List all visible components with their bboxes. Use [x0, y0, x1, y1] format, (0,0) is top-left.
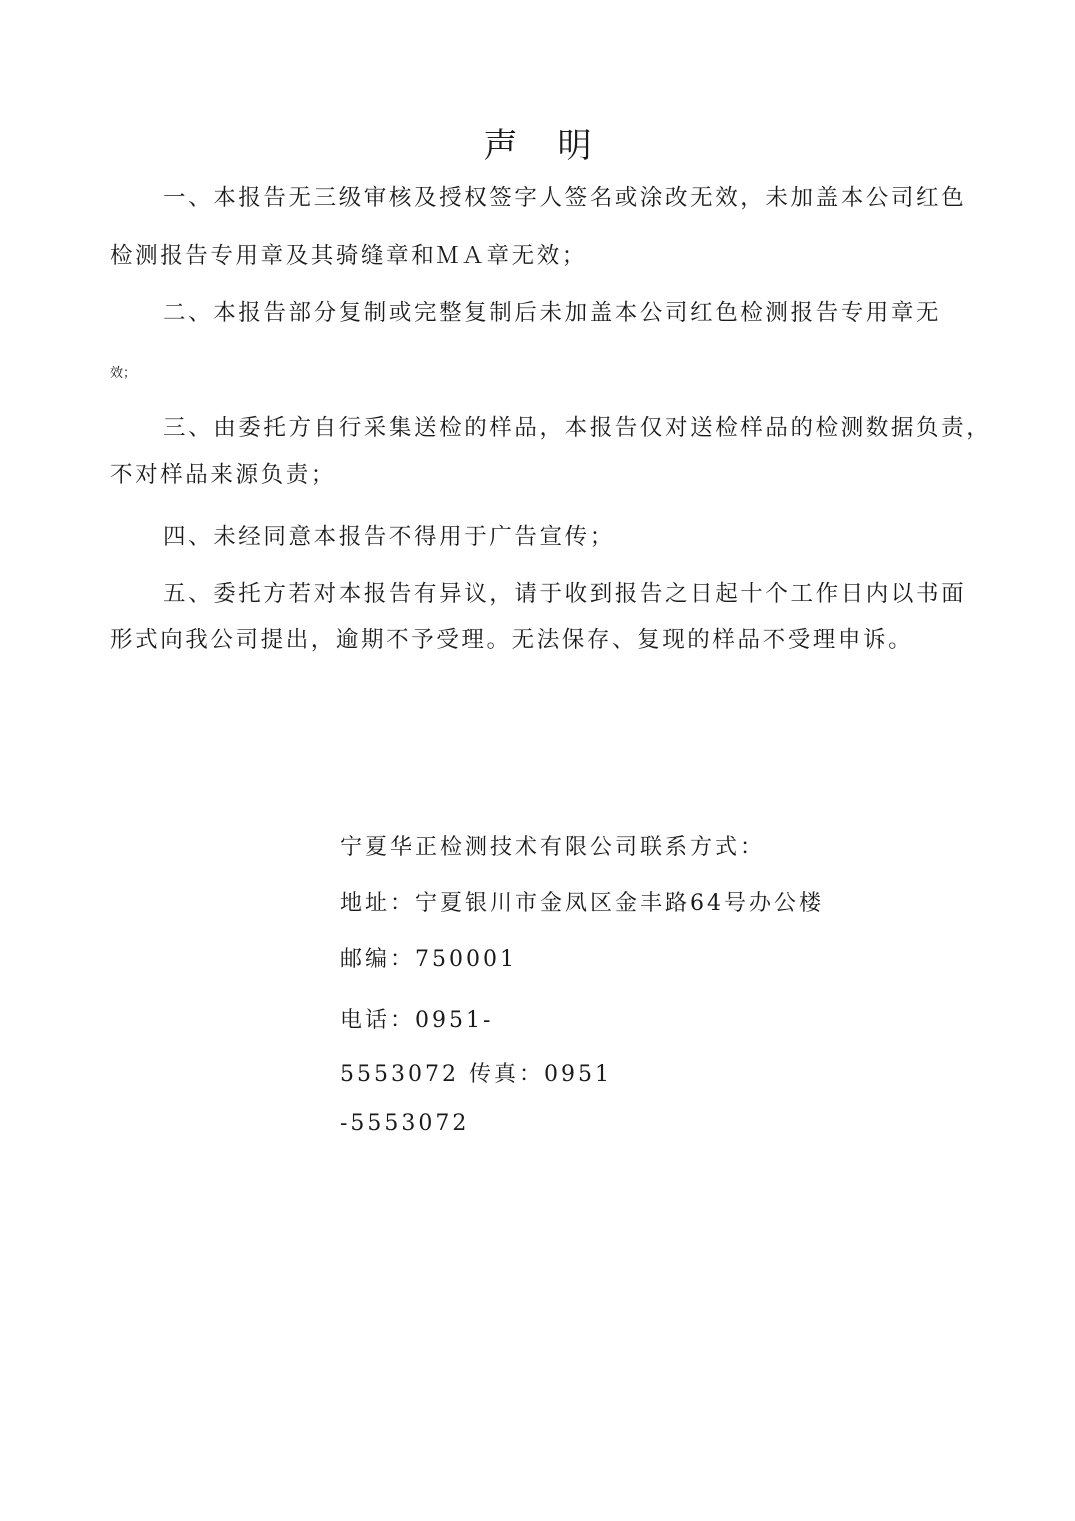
contact-address: 地址：宁夏银川市金凤区金丰路64号办公楼 — [340, 886, 824, 917]
statement-2-line-2: 效； — [110, 362, 136, 381]
statement-3-line-2: 不对样品来源负责； — [110, 457, 336, 489]
statement-1-line-2: 检测报告专用章及其骑缝章和ＭＡ章无效； — [110, 238, 587, 270]
statement-1-line-1: 一、本报告无三级审核及授权签字人签名或涂改无效，未加盖本公司红色 — [163, 180, 966, 212]
statement-3-line-1: 三、由委托方自行采集送检的样品，本报告仅对送检样品的检测数据负责， — [163, 410, 991, 442]
contact-phone-line-1: 电话：0951- — [340, 1003, 493, 1034]
contact-postcode: 邮编：750001 — [340, 942, 517, 973]
statement-5-line-1: 五、委托方若对本报告有异议，请于收到报告之日起十个工作日内以书面 — [163, 576, 966, 608]
contact-heading: 宁夏华正检测技术有限公司联系方式： — [340, 830, 765, 861]
contact-phone-line-2: 5553072 传真：0951 — [340, 1057, 612, 1088]
statement-4-line-1: 四、未经同意本报告不得用于广告宣传； — [163, 519, 615, 551]
statement-5-line-2: 形式向我公司提出，逾期不予受理。无法保存、复现的样品不受理申诉。 — [110, 622, 913, 654]
page-title: 声明 — [0, 118, 1075, 167]
contact-phone-line-3: -5553072 — [340, 1111, 469, 1136]
statement-2-line-1: 二、本报告部分复制或完整复制后未加盖本公司红色检测报告专用章无 — [163, 295, 941, 327]
